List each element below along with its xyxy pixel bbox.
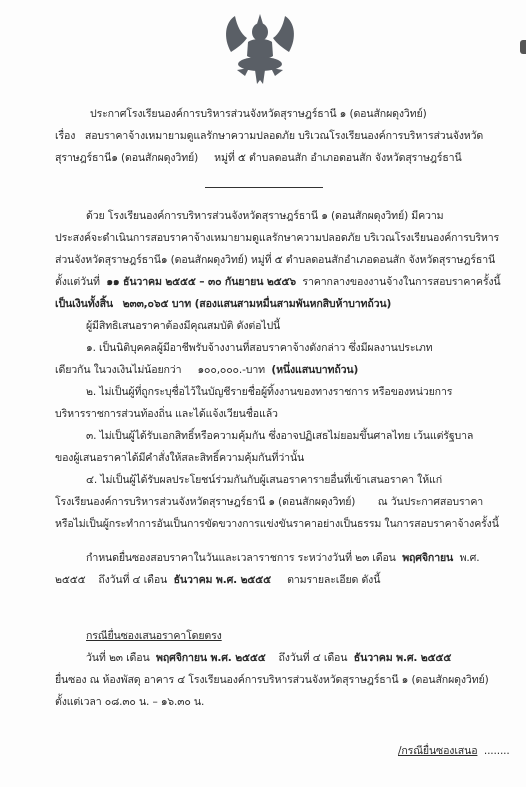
subject-label: เรื่อง bbox=[55, 130, 75, 142]
direct-start-day: วันที่ ๒๓ เดือน bbox=[86, 652, 150, 664]
para1-line2: ประสงค์จะดำเนินการสอบราคาจ้างเหมายามดูแล… bbox=[55, 231, 499, 245]
subject-location: หมู่ที่ ๕ ตำบลดอนสัก อำเภอดอนสัก จังหวัด… bbox=[214, 152, 461, 164]
schedule-text: กำหนดยื่นซองสอบราคาในวันและเวลาราชการ ระ… bbox=[86, 552, 396, 564]
direct-line1: วันที่ ๒๓ เดือน พฤศจิกายน พ.ศ. ๒๕๕๕ ถึงว… bbox=[86, 651, 451, 665]
schedule-end-date: ธันวาคม พ.ศ. ๒๕๕๕ bbox=[174, 574, 271, 586]
schedule-until: ถึงวันที่ ๔ เดือน bbox=[98, 574, 167, 586]
schedule-line1: กำหนดยื่นซองสอบราคาในวันและเวลาราชการ ระ… bbox=[86, 551, 479, 565]
total-amount: ๒๓๓,๐๖๕ บาท (สองแสนสามหมื่นสามพันหกสิบห้… bbox=[123, 298, 392, 310]
min-amount-label: เดียวกัน ในวงเงินไม่น้อยกว่า bbox=[55, 364, 181, 376]
direct-end-date: ธันวาคม พ.ศ. ๒๕๕๕ bbox=[354, 652, 451, 664]
direct-line3: ตั้งแต่เวลา ๐๘.๓๐ น. – ๑๖.๓๐ น. bbox=[55, 695, 204, 709]
qualification-4-line3: หรือไม่เป็นผู้กระทำการอันเป็นการขัดขวางก… bbox=[55, 517, 499, 531]
schedule-year: ๒๕๕๕ bbox=[55, 574, 85, 586]
qualification-2-line1: ๒. ไม่เป็นผู้ที่ถูกระบุชื่อไว้ในบัญชีราย… bbox=[86, 385, 452, 399]
direct-submission-heading: กรณียื่นซองเสนอราคาโดยตรง bbox=[86, 629, 222, 643]
subject-text: สอบราคาจ้างเหมายามดูแลรักษาความปลอดภัย บ… bbox=[85, 130, 483, 142]
qualification-4-line1: ๔. ไม่เป็นผู้ได้รับผลประโยชน์ร่วมกันกับผ… bbox=[86, 473, 442, 487]
schedule-era: พ.ศ. bbox=[460, 552, 480, 564]
direct-until: ถึงวันที่ ๔ เดือน bbox=[279, 652, 348, 664]
para1-line4: ตั้งแต่วันที่ ๑๑ ธันวาคม ๒๕๕๕ – ๓๐ กันยา… bbox=[55, 275, 501, 289]
continued-label: /กรณียื่นซองเสนอ bbox=[398, 745, 477, 757]
scan-edge-mark bbox=[520, 40, 526, 54]
garuda-emblem-icon bbox=[215, 8, 305, 88]
qualification-3-line1: ๓. ไม่เป็นผู้ได้รับเอกสิทธิ์หรือความคุ้ม… bbox=[86, 429, 473, 443]
title-divider bbox=[205, 187, 323, 188]
subject-line-2: สุราษฎร์ธานี๑ (ดอนสักผดุงวิทย์) หมู่ที่ … bbox=[55, 151, 462, 165]
para1-line5: เป็นเงินทั้งสิ้น ๒๓๓,๐๖๕ บาท (สองแสนสามห… bbox=[55, 297, 391, 311]
document-page: ประกาศโรงเรียนองค์การบริหารส่วนจังหวัดสุ… bbox=[0, 0, 526, 787]
para1-line1: ด้วย โรงเรียนองค์การบริหารส่วนจังหวัดสุร… bbox=[86, 209, 443, 223]
qualification-3-line2: ของผู้เสนอราคาได้มีคำสั่งให้สละสิทธิ์ควา… bbox=[55, 451, 304, 465]
schedule-line2: ๒๕๕๕ ถึงวันที่ ๔ เดือน ธันวาคม พ.ศ. ๒๕๕๕… bbox=[55, 573, 380, 587]
median-price-label: ราคากลางของงานจ้างในการสอบราคาครั้งนี้ bbox=[302, 276, 500, 288]
qualification-4-line2: โรงเรียนองค์การบริหารส่วนจังหวัดสุราษฎร์… bbox=[55, 495, 483, 509]
contract-period: ๑๑ ธันวาคม ๒๕๕๕ – ๓๐ กันยายน ๒๕๕๖ bbox=[106, 276, 296, 288]
schedule-month: พฤศจิกายน bbox=[402, 552, 453, 564]
qualification-2-line2: บริหารราชการส่วนท้องถิ่น และได้แจ้งเวียน… bbox=[55, 407, 278, 421]
period-prefix: ตั้งแต่วันที่ bbox=[55, 276, 100, 288]
subject-school: สุราษฎร์ธานี๑ (ดอนสักผดุงวิทย์) bbox=[55, 152, 198, 164]
announcement-title: ประกาศโรงเรียนองค์การบริหารส่วนจังหวัดสุ… bbox=[90, 107, 427, 121]
direct-start-month: พฤศจิกายน พ.ศ. ๒๕๕๕ bbox=[156, 652, 266, 664]
min-amount: ๑๐๐,๐๐๐.-บาท bbox=[197, 364, 264, 376]
schedule-details: ตามรายละเอียด ดังนี้ bbox=[287, 574, 380, 586]
school-name: โรงเรียนองค์การบริหารส่วนจังหวัดสุราษฎร์… bbox=[55, 496, 355, 508]
total-label: เป็นเงินทั้งสิ้น bbox=[55, 298, 113, 310]
qualifications-intro: ผู้มีสิทธิเสนอราคาต้องมีคุณสมบัติ ดังต่อ… bbox=[86, 319, 280, 333]
continued-footer: /กรณียื่นซองเสนอ ........ bbox=[398, 744, 510, 758]
qualification-1-line2: เดียวกัน ในวงเงินไม่น้อยกว่า ๑๐๐,๐๐๐.-บา… bbox=[55, 363, 358, 377]
announcement-date-label: ณ วันประกาศสอบราคา bbox=[378, 496, 483, 508]
min-amount-words: (หนึ่งแสนบาทถ้วน) bbox=[271, 364, 358, 376]
direct-line2: ยื่นซอง ณ ห้องพัสดุ อาคาร ๔ โรงเรียนองค์… bbox=[55, 673, 489, 687]
continued-dots: ........ bbox=[484, 745, 510, 757]
qualification-1-line1: ๑. เป็นนิติบุคคลผู้มีอาชีพรับจ้างงานที่ส… bbox=[86, 341, 433, 355]
subject-line-1: เรื่อง สอบราคาจ้างเหมายามดูแลรักษาความปล… bbox=[55, 129, 483, 143]
para1-line3: ส่วนจังหวัดสุราษฎร์ธานี๑ (ดอนสักผดุงวิทย… bbox=[55, 253, 495, 267]
